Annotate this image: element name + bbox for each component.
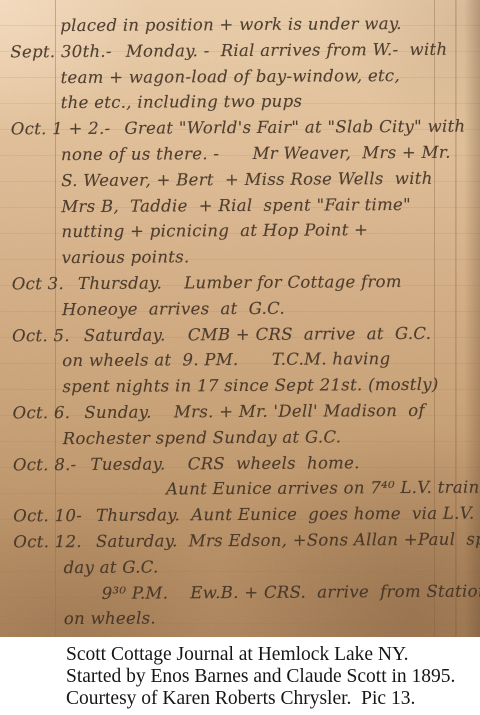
entry-text: Aunt Eunice arrives on 7⁴⁰ L.V. train. <box>166 478 480 499</box>
journal-line: Mrs B, Taddie + Rial spent "Fair time" <box>0 191 479 220</box>
entry-text: team + wagon-load of bay-window, etc, <box>60 66 400 87</box>
journal-line: 9³⁰ P.M. Ew.B. + CRS. arrive from Statio… <box>2 578 480 607</box>
entry-date: Oct. 8.- <box>13 454 91 473</box>
entry-text: on wheels at 9. PM. T.C.M. having <box>62 349 390 370</box>
journal-line: Oct. 10-Thursday. Aunt Eunice goes home … <box>1 501 480 530</box>
journal-line: Oct. 1 + 2.-Great "World's Fair" at "Sla… <box>0 114 479 143</box>
entry-text: S. Weaver, + Bert + Miss Rose Wells with <box>61 169 433 190</box>
journal-lines: placed in position + work is under way.S… <box>0 0 480 633</box>
journal-line: placed in position + work is under way. <box>0 11 478 40</box>
entry-text: spent nights in 17 since Sept 21st. (mos… <box>62 375 438 396</box>
journal-line: Sept. 30th.-Monday. - Rial arrives from … <box>0 36 478 65</box>
journal-line: S. Weaver, + Bert + Miss Rose Wells with <box>0 165 479 194</box>
entry-text: on wheels. <box>64 609 156 629</box>
journal-line: on wheels. <box>2 604 480 633</box>
journal-photo: placed in position + work is under way.S… <box>0 0 480 637</box>
caption-line-title: Scott Cottage Journal at Hemlock Lake NY… <box>0 644 480 666</box>
entry-date: Oct. 6. <box>13 403 85 422</box>
journal-line: various points. <box>0 243 480 272</box>
journal-line: spent nights in 17 since Sept 21st. (mos… <box>0 372 480 401</box>
entry-text: day at G.C. <box>63 557 158 577</box>
entry-text: Thursday. Lumber for Cottage from <box>78 272 402 293</box>
entry-date: Oct. 1 + 2.- <box>11 119 125 139</box>
entry-text: various points. <box>62 247 190 267</box>
entry-text: 9³⁰ P.M. Ew.B. + CRS. arrive from Statio… <box>102 581 480 602</box>
journal-line: Rochester spend Sunday at G.C. <box>1 423 480 452</box>
journal-line: Honeoye arrives at G.C. <box>0 294 480 323</box>
entry-date: Sept. 30th.- <box>10 41 126 61</box>
entry-text: Mrs B, Taddie + Rial spent "Fair time" <box>61 195 411 216</box>
entry-text: the etc., including two pups <box>61 92 303 112</box>
entry-text: Sunday. Mrs. + Mr. 'Dell' Madison of <box>84 401 425 422</box>
entry-text: Great "World's Fair" at "Slab City" with <box>124 117 465 138</box>
journal-line: on wheels at 9. PM. T.C.M. having <box>0 346 480 375</box>
journal-line: nutting + picnicing at Hop Point + <box>0 217 480 246</box>
entry-text: none of us there. - Mr Weaver, Mrs + Mr. <box>61 143 451 164</box>
entry-text: Tuesday. CRS wheels home. <box>90 453 359 474</box>
journal-line: Oct. 12.Saturday. Mrs Edson, +Sons Allan… <box>1 526 480 555</box>
entry-text: Rochester spend Sunday at G.C. <box>63 427 342 448</box>
caption: Scott Cottage Journal at Hemlock Lake NY… <box>0 637 480 715</box>
journal-line: the etc., including two pups <box>0 88 479 117</box>
journal-line: team + wagon-load of bay-window, etc, <box>0 62 479 91</box>
journal-line: none of us there. - Mr Weaver, Mrs + Mr. <box>0 140 479 169</box>
entry-text: Saturday. CMB + CRS arrive at G.C. <box>84 323 432 344</box>
journal-line: Oct. 6.Sunday. Mrs. + Mr. 'Dell' Madison… <box>1 397 480 426</box>
journal-line: Aunt Eunice arrives on 7⁴⁰ L.V. train. <box>1 475 480 504</box>
entry-text: nutting + picnicing at Hop Point + <box>61 221 368 242</box>
journal-line: Oct. 5.Saturday. CMB + CRS arrive at G.C… <box>0 320 480 349</box>
entry-date: Oct. 12. <box>13 532 96 552</box>
journal-line: day at G.C. <box>1 552 480 581</box>
entry-text: Thursday. Aunt Eunice goes home via L.V. <box>96 504 475 525</box>
journal-line: Oct. 8.-Tuesday. CRS wheels home. <box>1 449 480 478</box>
caption-line-origin: Started by Enos Barnes and Claude Scott … <box>0 666 480 688</box>
entry-text: Saturday. Mrs Edson, +Sons Allan +Paul s… <box>96 529 480 551</box>
entry-text: Monday. - Rial arrives from W.- with <box>126 40 448 61</box>
caption-line-credit: Courtesy of Karen Roberts Chrysler. Pic … <box>0 688 480 710</box>
journal-line: Oct 3.Thursday. Lumber for Cottage from <box>0 269 480 298</box>
entry-date: Oct. 10- <box>13 506 96 526</box>
entry-date: Oct 3. <box>12 274 78 293</box>
entry-date: Oct. 5. <box>12 326 84 345</box>
entry-text: Honeoye arrives at G.C. <box>62 298 285 318</box>
entry-text: placed in position + work is under way. <box>60 14 402 35</box>
screenshot-root: placed in position + work is under way.S… <box>0 0 480 715</box>
